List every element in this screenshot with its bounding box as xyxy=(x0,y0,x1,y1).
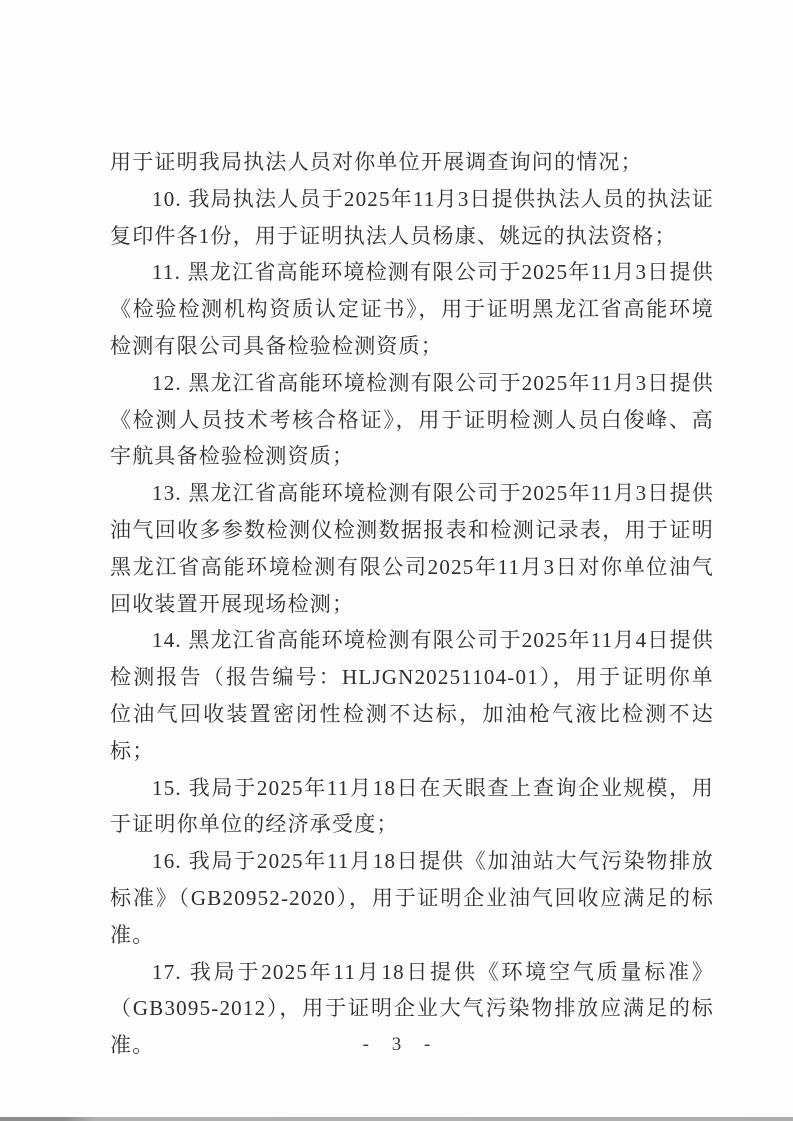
page-number: - 3 - xyxy=(0,1034,793,1056)
paragraph-item-11: 11. 黑龙江省高能环境检测有限公司于2025年11月3日提供《检验检测机构资质… xyxy=(110,254,714,364)
document-body: 用于证明我局执法人员对你单位开展调查询问的情况； 10. 我局执法人员于2025… xyxy=(110,144,714,1064)
paragraph-item-15: 15. 我局于2025年11月18日在天眼查上查询企业规模，用于证明你单位的经济… xyxy=(110,770,714,844)
scanned-document-page: 用于证明我局执法人员对你单位开展调查询问的情况； 10. 我局执法人员于2025… xyxy=(0,0,793,1121)
paragraph-item-10: 10. 我局执法人员于2025年11月3日提供执法人员的执法证复印件各1份，用于… xyxy=(110,181,714,255)
scan-edge-artifact xyxy=(0,1117,793,1121)
paragraph-item-14: 14. 黑龙江省高能环境检测有限公司于2025年11月4日提供检测报告（报告编号… xyxy=(110,622,714,769)
paragraph-item-13: 13. 黑龙江省高能环境检测有限公司于2025年11月3日提供油气回收多参数检测… xyxy=(110,475,714,622)
paragraph-continuation: 用于证明我局执法人员对你单位开展调查询问的情况； xyxy=(110,144,714,181)
paragraph-item-16: 16. 我局于2025年11月18日提供《加油站大气污染物排放标准》（GB209… xyxy=(110,843,714,953)
paragraph-item-12: 12. 黑龙江省高能环境检测有限公司于2025年11月3日提供《检测人员技术考核… xyxy=(110,365,714,475)
